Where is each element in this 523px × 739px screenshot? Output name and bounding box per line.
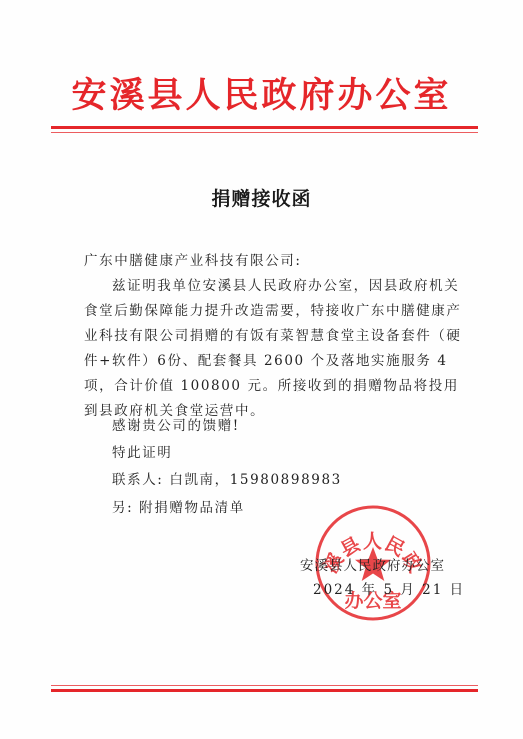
signature-date: 2024 年 5 月 21 日 xyxy=(313,578,465,598)
letterhead-rule-thin xyxy=(51,132,478,133)
attachment-line: 另: 附捐赠物品清单 xyxy=(112,496,245,516)
body-paragraph: 兹证明我单位安溪县人民政府办公室，因县政府机关食堂后勤保障能力提升改造需要，特接… xyxy=(84,274,464,424)
salutation: 广东中膳健康产业科技有限公司: xyxy=(84,249,464,274)
document-title: 捐赠接收函 xyxy=(0,184,523,211)
closing-line: 特此证明 xyxy=(112,441,172,461)
letterhead-title: 安溪县人民政府办公室 xyxy=(0,76,523,116)
contact-line: 联系人: 白凯南，15980898983 xyxy=(112,468,342,488)
thanks-line: 感谢贵公司的馈赠! xyxy=(112,414,240,434)
signature-organization: 安溪县人民政府办公室 xyxy=(300,554,445,574)
document-page: 安溪县人民政府办公室 捐赠接收函 广东中膳健康产业科技有限公司: 兹证明我单位安… xyxy=(0,0,523,739)
footer-rule-thick xyxy=(51,689,478,692)
letterhead-rule-thick xyxy=(51,126,478,129)
footer-rule-thin xyxy=(51,685,478,686)
